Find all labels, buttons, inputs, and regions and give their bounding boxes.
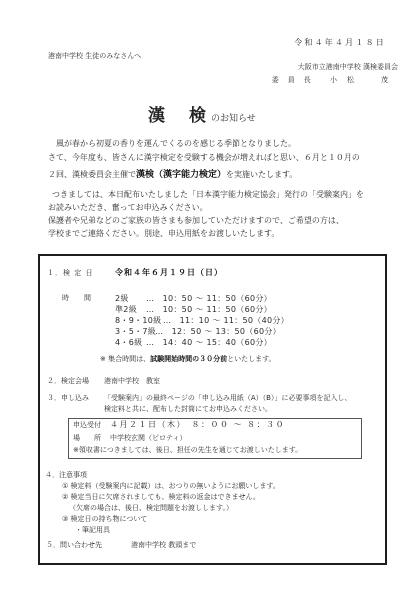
schedule-time-3: … 12：50 ～ 13：50（60分） [155,327,281,337]
reception-value: ４月２１日（木） ８：００ ～ ８：３０ [110,420,285,430]
assembly-note: ※ 集合時間は、試験開始時間の３０分前といたします。 [100,355,276,364]
place-value: 中学校玄関（ピロティ） [110,434,186,443]
notes-item-2-sub: （欠席の場合は、後日、検定問題をお渡しします。） [69,504,233,513]
exam-date-label: １．検 定 日 [47,269,93,278]
title-suffix: のお知らせ [211,111,256,124]
application-line-1: 「受験案内」の最終ページの「申し込み用紙（A）（B）」に必要事項を記入し、 [104,394,351,403]
chair-signature: 委員長 小松 茂 [272,76,398,85]
intro2-line-2: お読みいただき、奮ってお申込みください。 [48,203,208,213]
schedule-time-1: … 10：50 ～ 11：50（60分） [146,305,272,315]
schedule-grade-3: 3・5・7級 [115,327,156,337]
assembly-note-suffix: といたします。 [227,355,275,363]
application-label: ３．申し込み [47,394,89,403]
intro-highlight: 漢検（漢字能力検定） [136,170,226,180]
intro2-line-1: つきましては、本日配布いたしました「日本漢字能力検定協会」発行の「受験案内」を [52,190,364,200]
schedule-time-4: … 14：40 ～ 15：40（60分） [146,338,272,348]
recipient-line: 港南中学校 生徒のみなさんへ [48,52,141,61]
notes-item-2: ② 検定当日に欠席されましても、検定料の返金はできません。 [62,493,260,502]
intro-line-1: 風が春から初夏の香りを運んでくるのを感じる季節となりました。 [56,139,296,149]
intro-line-3: ２回、漢検委員会主催で漢検（漢字能力検定）を実施いたします。 [48,170,297,180]
intro2-line-4: 学校までご連絡ください。別途、申込用紙をお渡しいたします。 [48,229,279,239]
notes-item-1: ① 検定料（受験案内に記載）は、おつりの無いようにお願いします。 [62,482,280,491]
schedule-grade-4: 4・6級 [115,338,142,348]
schedule-time-0: … 10：50 ～ 11：50（60分） [146,294,272,304]
venue-label: ２．検定会場 [47,377,89,386]
receipt-note: ※領収書につきましては、後日、担任の先生を通じてお渡しいたします。 [73,446,302,455]
schedule-grade-2: 8・9・10級 [115,316,161,326]
title-kan: 漢 [148,101,165,126]
notes-item-3: ③ 検定日の持ち物について [62,515,147,524]
contact-label: ５．問い合わせ先 [46,541,102,550]
chair-name: 小松 茂 [330,76,398,85]
intro-line-3a: ２回、漢検委員会主催で [48,170,136,179]
schedule-grade-1: 準2級 [115,305,137,315]
organization-name: 大阪市立港南中学校 漢検委員会 [298,63,398,72]
intro2-line-3: 保護者や兄弟などのご家族の皆さまも参加していただけますので、ご希望の方は、 [48,216,344,226]
place-label: 場 所 [73,434,101,443]
notes-item-3-sub: ・筆記用具 [75,526,110,535]
venue-value: 港南中学校 教室 [104,377,160,386]
intro-line-3c: を実施いたします。 [226,170,297,179]
contact-value: 港南中学校 教頭まで [131,541,196,550]
assembly-note-prefix: ※ 集合時間は、 [100,355,150,363]
schedule-time-2: … 11：10 ～ 11：50（40分） [163,316,289,326]
intro-line-2: さて、今年度も、皆さんに漢字検定を受験する機会が増えればと思い、６月と１０月の [48,153,360,163]
reception-label: 申込受付 [73,421,101,430]
document-date: 令和４年４月１８日 [294,38,386,48]
notes-label: ４．注意事項 [45,471,87,480]
time-label: 時 間 [62,294,95,303]
title-ken: 検 [189,101,206,126]
page-title: 漢 検 のお知らせ [148,101,256,126]
chair-title: 委員長 [272,76,320,85]
assembly-note-bold: 試験開始時間の３０分前 [150,355,227,363]
exam-date-value: 令和４年６月１９日（日） [115,268,223,278]
schedule-grade-0: 2級 [115,294,129,304]
application-line-2: 検定料と共に、配布した封筒にてお申込みください。 [104,405,272,414]
